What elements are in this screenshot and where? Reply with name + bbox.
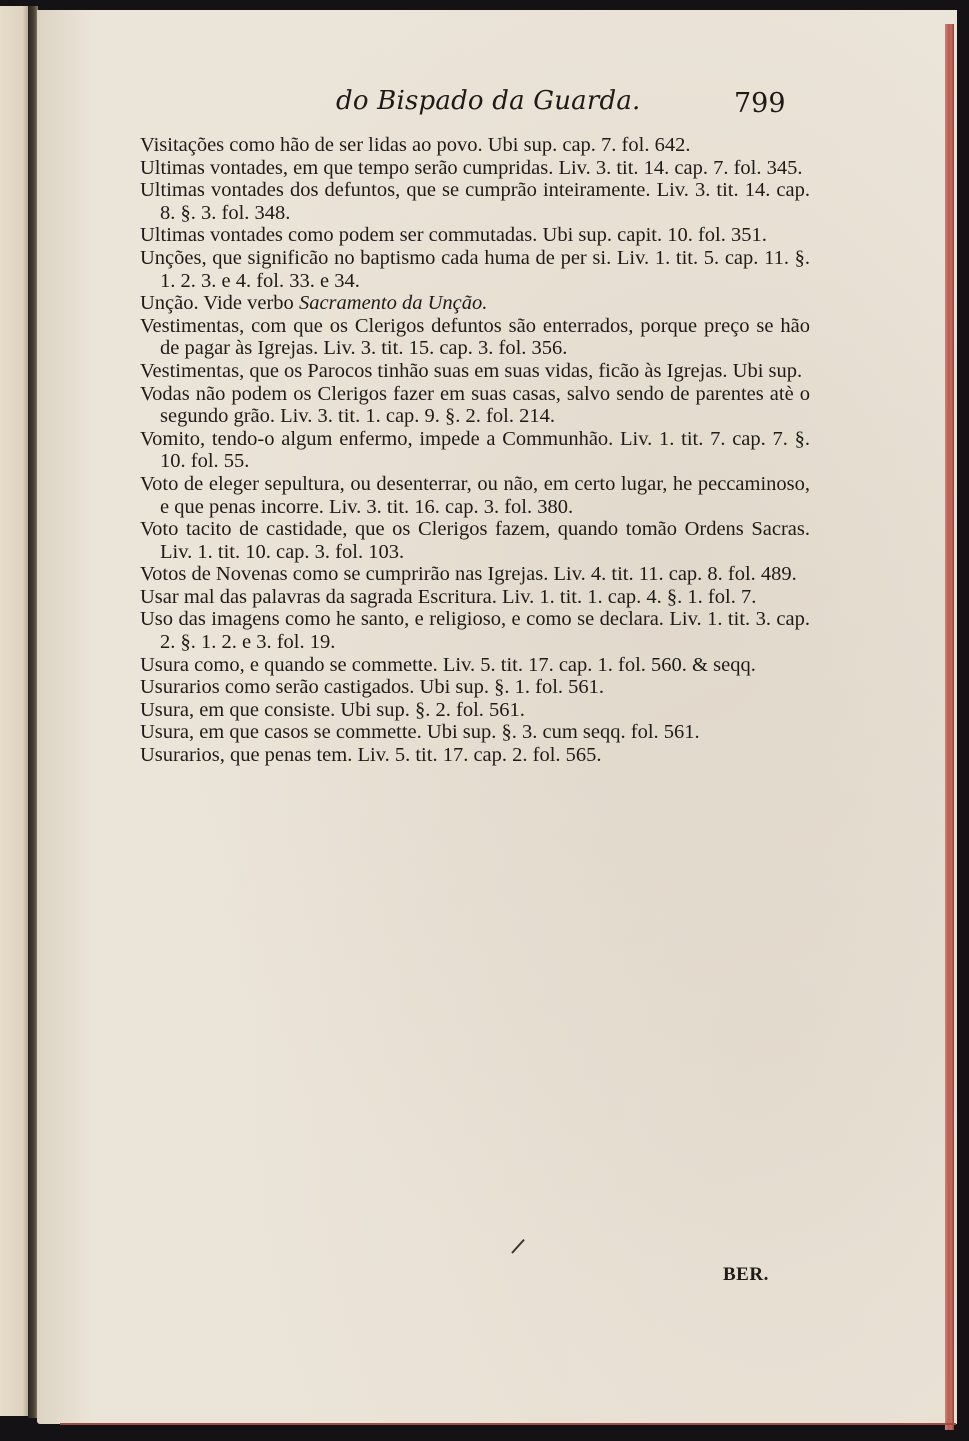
running-title: do Bispado da Guarda. bbox=[336, 86, 641, 116]
book-scan: do Bispado da Guarda. 799 Visitações com… bbox=[0, 0, 969, 1441]
index-entry: Vodas não podem os Clerigos fazer em sua… bbox=[140, 383, 810, 428]
index-entry: Vomito, tendo-o algum enfermo, impede a … bbox=[140, 428, 810, 473]
cross-reference: Sacramento da Unção. bbox=[299, 292, 487, 314]
index-entry: Unções, que significão no baptismo cada … bbox=[140, 247, 810, 292]
page-bottom-edge bbox=[60, 1423, 956, 1425]
index-entry: Ultimas vontades, em que tempo serão cum… bbox=[140, 157, 810, 180]
index-entry: Voto de eleger sepultura, ou desenterrar… bbox=[140, 473, 810, 518]
index-entry: Unção. Vide verbo Sacramento da Unção. bbox=[140, 292, 810, 315]
index-entry: Usurarios como serão castigados. Ubi sup… bbox=[140, 676, 810, 699]
index-entry: Voto tacito de castidade, que os Clerigo… bbox=[140, 518, 810, 563]
index-entry: Vestimentas, com que os Clerigos defunto… bbox=[140, 315, 810, 360]
book-page: do Bispado da Guarda. 799 Visitações com… bbox=[37, 10, 957, 1424]
index-entry: Usura, em que casos se commette. Ubi sup… bbox=[140, 721, 810, 744]
catchword: BER. bbox=[723, 1264, 769, 1286]
page-number: 799 bbox=[734, 88, 786, 119]
index-entry: Uso das imagens como he santo, e religio… bbox=[140, 608, 810, 653]
facing-page-edge bbox=[0, 6, 28, 1416]
red-page-edge bbox=[945, 24, 954, 1430]
index-entry: Usurarios, que penas tem. Liv. 5. tit. 1… bbox=[140, 744, 810, 767]
index-entry: Usura como, e quando se commette. Liv. 5… bbox=[140, 654, 810, 677]
index-entry: Visitações como hão de ser lidas ao povo… bbox=[140, 134, 810, 157]
index-entry: Usura, em que consiste. Ubi sup. §. 2. f… bbox=[140, 699, 810, 722]
running-head: do Bispado da Guarda. 799 bbox=[37, 82, 957, 122]
pen-mark bbox=[511, 1239, 525, 1254]
index-entry: Votos de Novenas como se cumprirão nas I… bbox=[140, 563, 810, 586]
index-entry: Ultimas vontades como podem ser commutad… bbox=[140, 224, 810, 247]
index-entry: Ultimas vontades dos defuntos, que se cu… bbox=[140, 179, 810, 224]
index-entries: Visitações como hão de ser lidas ao povo… bbox=[140, 134, 810, 767]
index-entry: Vestimentas, que os Parocos tinhão suas … bbox=[140, 360, 810, 383]
index-entry: Usar mal das palavras da sagrada Escritu… bbox=[140, 586, 810, 609]
